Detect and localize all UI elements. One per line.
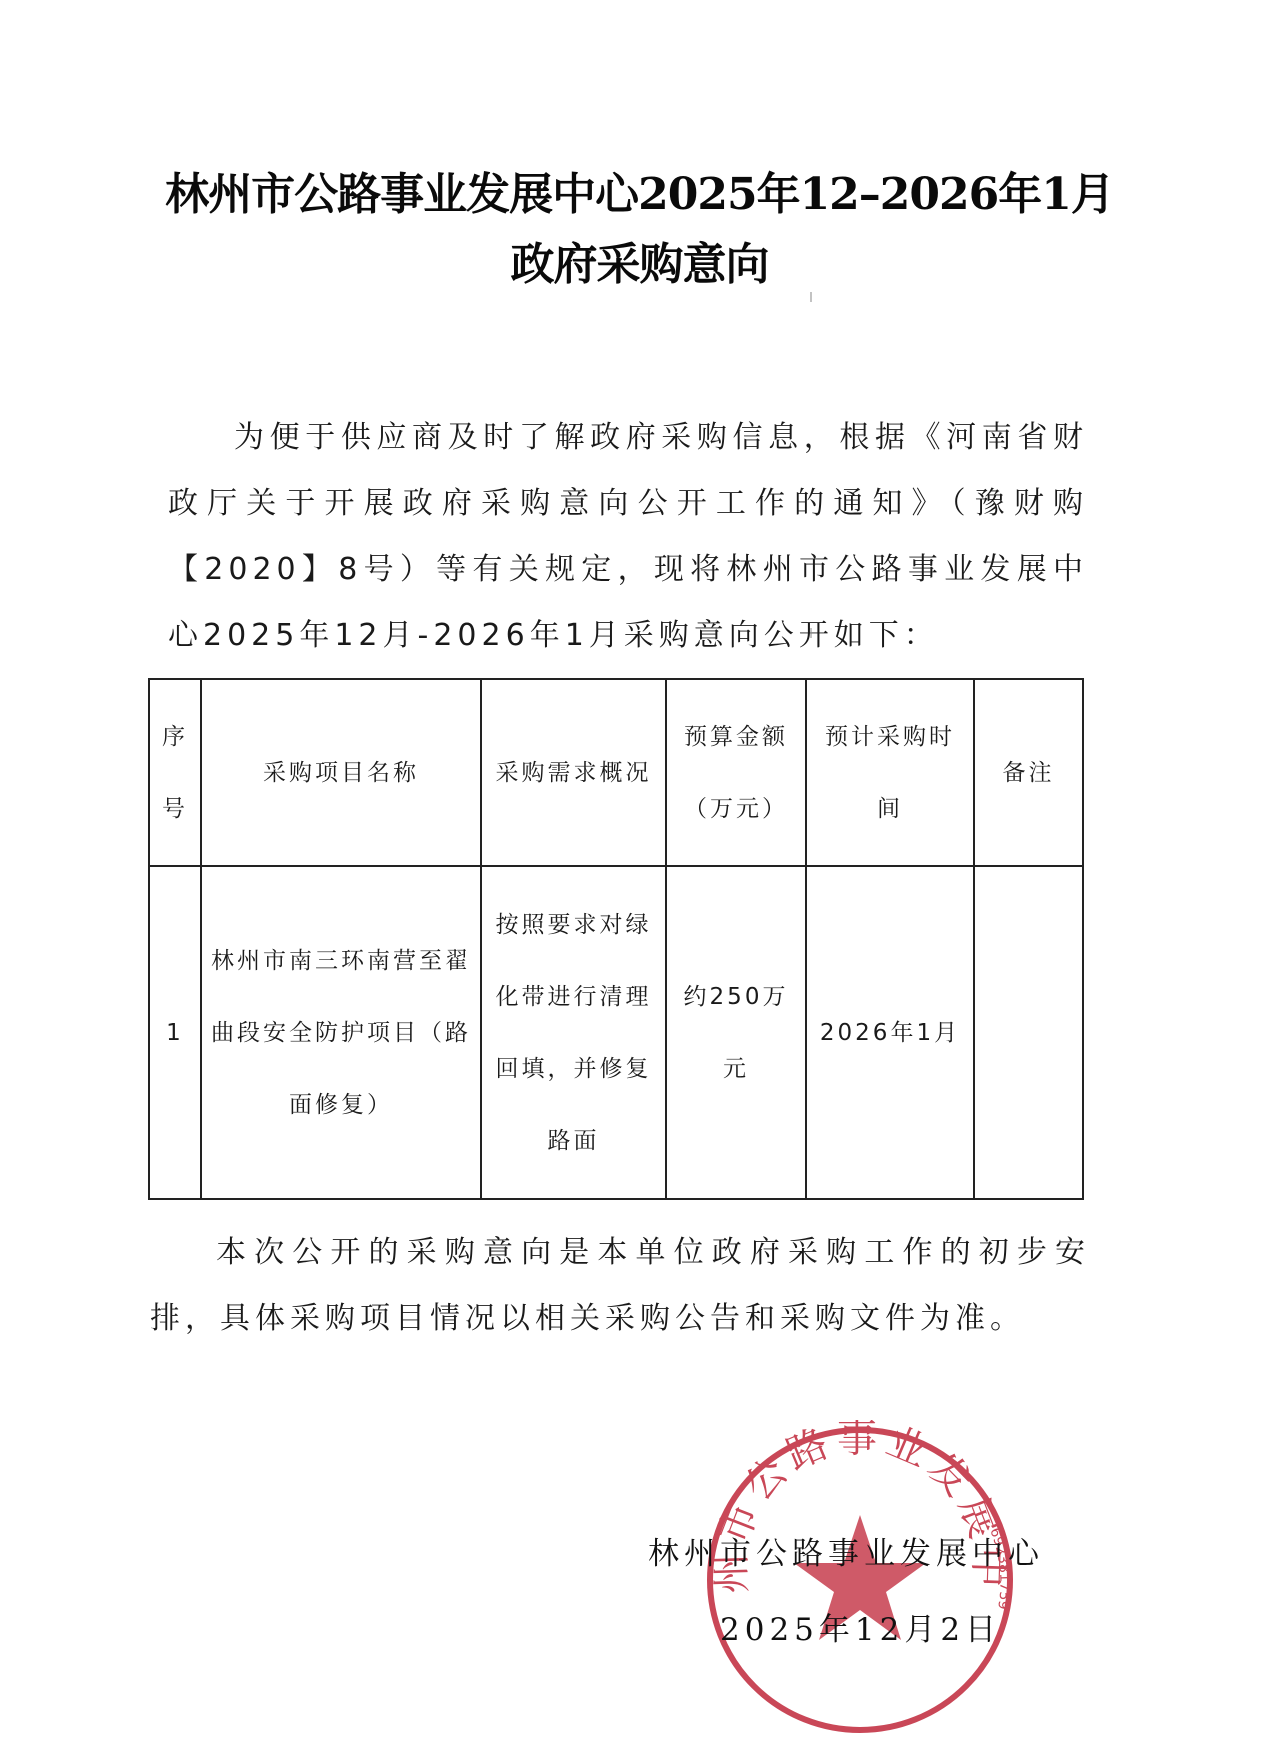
header-remark: 备注 xyxy=(974,679,1083,866)
closing-paragraph: 本次公开的采购意向是本单位政府采购工作的初步安排，具体采购项目情况以相关采购公告… xyxy=(150,1220,1090,1352)
cell-seq: 1 xyxy=(149,866,201,1199)
signature-date: 2025年12月2日 xyxy=(720,1604,1001,1649)
document-title-line2: 政府采购意向 xyxy=(0,228,1279,292)
cell-requirement: 按照要求对绿化带进行清理回填，并修复路面 xyxy=(481,866,666,1199)
intro-paragraph: 为便于供应商及时了解政府采购信息，根据《河南省财政厅关于开展政府采购意向公开工作… xyxy=(168,405,1088,669)
header-budget: 预算金额（万元） xyxy=(666,679,806,866)
scan-artifact xyxy=(810,628,812,638)
official-seal-icon: 林州市公路事业发展中心 692381759 xyxy=(700,1420,1020,1740)
header-requirement: 采购需求概况 xyxy=(481,679,666,866)
cell-time: 2026年1月 xyxy=(806,866,974,1199)
cell-budget: 约250万元 xyxy=(666,866,806,1199)
cell-project-name: 林州市南三环南营至翟曲段安全防护项目（路面修复） xyxy=(201,866,481,1199)
table-row: 1 林州市南三环南营至翟曲段安全防护项目（路面修复） 按照要求对绿化带进行清理回… xyxy=(149,866,1083,1199)
header-project-name: 采购项目名称 xyxy=(201,679,481,866)
cell-remark xyxy=(974,866,1083,1199)
signature-organization: 林州市公路事业发展中心 xyxy=(648,1528,1044,1573)
scan-artifact xyxy=(810,292,812,302)
header-seq: 序号 xyxy=(149,679,201,866)
header-time: 预计采购时间 xyxy=(806,679,974,866)
procurement-table: 序号 采购项目名称 采购需求概况 预算金额（万元） 预计采购时间 备注 1 林州… xyxy=(148,678,1084,1200)
document-title-line1: 林州市公路事业发展中心2025年12–2026年1月 xyxy=(0,158,1279,222)
table-header-row: 序号 采购项目名称 采购需求概况 预算金额（万元） 预计采购时间 备注 xyxy=(149,679,1083,866)
